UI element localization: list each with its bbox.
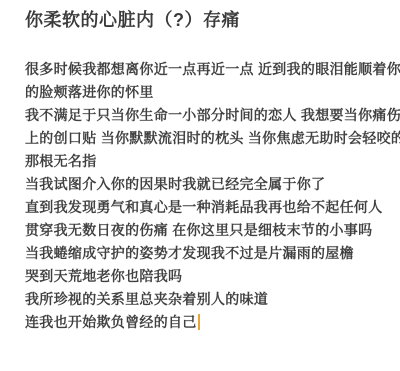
body-line[interactable]: 那根无名指 xyxy=(25,150,378,173)
note-editor[interactable]: 你柔软的心脏内（?）存痛 很多时候我都想离你近一点再近一点 近到我的眼泪能顺着你… xyxy=(25,8,378,371)
body-line[interactable]: 贯穿我无数日夜的伤痛 在你这里只是细枝末节的小事吗 xyxy=(25,219,378,242)
body-line[interactable]: 上的创口贴 当你默默流泪时的枕头 当你焦虑无助时会轻咬的 xyxy=(25,127,378,150)
body-line[interactable]: 哭到天荒地老你也陪我吗 xyxy=(25,265,378,288)
note-screen: 你柔软的心脏内（?）存痛 很多时候我都想离你近一点再近一点 近到我的眼泪能顺着你… xyxy=(0,0,400,371)
body-line[interactable]: 的脸颊落进你的怀里 xyxy=(25,81,378,104)
text-cursor xyxy=(198,314,200,330)
note-title[interactable]: 你柔软的心脏内（?）存痛 xyxy=(25,8,378,32)
body-line[interactable]: 我所珍视的关系里总夹杂着别人的味道 xyxy=(25,288,378,311)
body-line-text: 连我也开始欺负曾经的自己 xyxy=(25,314,197,330)
body-line-last[interactable]: 连我也开始欺负曾经的自己 xyxy=(25,311,378,334)
body-line[interactable]: 直到我发现勇气和真心是一种消耗品我再也给不起任何人 xyxy=(25,196,378,219)
body-line[interactable]: 当我蜷缩成守护的姿势才发现我不过是片漏雨的屋檐 xyxy=(25,242,378,265)
body-line[interactable]: 很多时候我都想离你近一点再近一点 近到我的眼泪能顺着你 xyxy=(25,58,378,81)
note-body[interactable]: 很多时候我都想离你近一点再近一点 近到我的眼泪能顺着你 的脸颊落进你的怀里 我不… xyxy=(25,58,378,334)
body-line[interactable]: 当我试图介入你的因果时我就已经完全属于你了 xyxy=(25,173,378,196)
body-line[interactable]: 我不满足于只当你生命一小部分时间的恋人 我想要当你痛伤 xyxy=(25,104,378,127)
